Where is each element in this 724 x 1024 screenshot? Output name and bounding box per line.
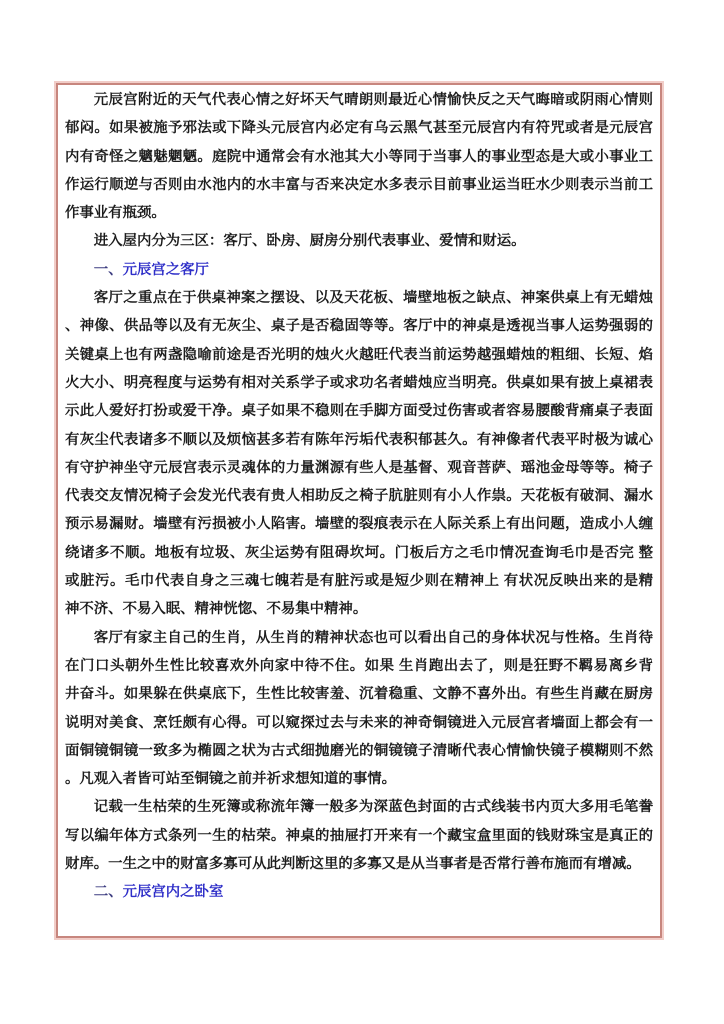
text-line: 说明对美食、烹饪颇有心得。可以窥探过去与未来的神奇铜镜进入元辰宫者墙面上都会有一 bbox=[65, 709, 653, 737]
heading-number: 一、 bbox=[94, 262, 123, 278]
text-line: 火大小、明亮程度与运势有相对关系学子或求功名者蜡烛应当明亮。供桌如果有披上桌裙表 bbox=[65, 369, 653, 397]
heading-title: 元辰宫内之卧室 bbox=[123, 884, 224, 900]
heading-title: 元辰宫之客厅 bbox=[123, 262, 209, 278]
text-line: 记载一生枯荣的生死簿或称流年簿一般多为深蓝色封面的古式线装书内页大多用毛笔誊 bbox=[65, 793, 653, 821]
paragraph: 客厅之重点在于供桌神案之摆设、以及天花板、墙壁地板之缺点、神案供桌上有无蜡烛、神… bbox=[65, 284, 653, 624]
text-line: 井奋斗。如果躲在供桌底下，生性比较害羞、沉着稳重、文静不喜外出。有些生肖藏在厨房 bbox=[65, 680, 653, 708]
text-line: 客厅之重点在于供桌神案之摆设、以及天花板、墙壁地板之缺点、神案供桌上有无蜡烛 bbox=[65, 284, 653, 312]
text-line: 预示易漏财。墙壁有污损被小人陷害。墙壁的裂痕表示在人际关系上有出问题，造成小人缠 bbox=[65, 510, 653, 538]
text-line: 内有奇怪之魑魅魍魉。庭院中通常会有水池其大小等同于当事人的事业型态是大或小事业工 bbox=[65, 143, 653, 171]
text-line: 写以编年体方式条列一生的枯荣。神桌的抽屉打开来有一个藏宝盒里面的钱财珠宝是真正的 bbox=[65, 822, 653, 850]
text-line: 示此人爱好打扮或爱干净。桌子如果不稳则在手脚方面受过伤害或者容易腰酸背痛桌子表面 bbox=[65, 397, 653, 425]
heading-number: 二、 bbox=[94, 884, 123, 900]
paragraph: 记载一生枯荣的生死簿或称流年簿一般多为深蓝色封面的古式线装书内页大多用毛笔誊写以… bbox=[65, 793, 653, 878]
text-line: 财库。一生之中的财富多寡可从此判断这里的多寡又是从当事者是否常行善布施而有增减。 bbox=[65, 850, 653, 878]
paragraph: 进入屋内分为三区：客厅、卧房、厨房分别代表事业、爱情和财运。 bbox=[65, 227, 653, 255]
section-heading: 二、元辰宫内之卧室 bbox=[65, 878, 653, 906]
text-line: 郁闷。如果被施予邪法或下降头元辰宫内必定有乌云黑气甚至元辰宫内有符咒或者是元辰宫 bbox=[65, 114, 653, 142]
text-line: 绕诸多不顺。地板有垃圾、灰尘运势有阻碍坎坷。门板后方之毛巾情况查询毛巾是否完 整 bbox=[65, 539, 653, 567]
text-line: 神不济、不易入眠、精神恍惚、不易集中精神。 bbox=[65, 595, 653, 623]
text-line: 元辰宫附近的天气代表心情之好坏天气晴朗则最近心情愉快反之天气晦暗或阴雨心情则 bbox=[65, 86, 653, 114]
text-line: 、神像、供品等以及有无灰尘、桌子是否稳固等等。客厅中的神桌是透视当事人运势强弱的 bbox=[65, 312, 653, 340]
text-line: 有守护神坐守元辰宫表示灵魂体的力量渊源有些人是基督、观音菩萨、瑶池金母等等。椅子 bbox=[65, 454, 653, 482]
text-line: 客厅有家主自己的生肖，从生肖的精神状态也可以看出自己的身体状况与性格。生肖待 bbox=[65, 624, 653, 652]
paragraph: 元辰宫附近的天气代表心情之好坏天气晴朗则最近心情愉快反之天气晦暗或阴雨心情则郁闷… bbox=[65, 86, 653, 227]
paragraph: 客厅有家主自己的生肖，从生肖的精神状态也可以看出自己的身体状况与性格。生肖待在门… bbox=[65, 624, 653, 794]
text-line: 或脏污。毛巾代表自身之三魂七魄若是有脏污或是短少则在精神上 有状况反映出来的是精 bbox=[65, 567, 653, 595]
page-border-frame: 元辰宫附近的天气代表心情之好坏天气晴朗则最近心情愉快反之天气晦暗或阴雨心情则郁闷… bbox=[56, 83, 662, 938]
text-line: 在门口头朝外生性比较喜欢外向家中待不住。如果 生肖跑出去了，则是狂野不羁易离乡背 bbox=[65, 652, 653, 680]
text-line: 进入屋内分为三区：客厅、卧房、厨房分别代表事业、爱情和财运。 bbox=[65, 227, 653, 255]
text-line: 。凡观入者皆可站至铜镜之前并祈求想知道的事情。 bbox=[65, 765, 653, 793]
section-heading: 一、元辰宫之客厅 bbox=[65, 256, 653, 284]
text-line: 关键桌上也有两盏隐喻前途是否光明的烛火火越旺代表当前运势越强蜡烛的粗细、长短、焰 bbox=[65, 341, 653, 369]
text-line: 作事业有瓶颈。 bbox=[65, 199, 653, 227]
text-line: 有灰尘代表诸多不顺以及烦恼甚多若有陈年污垢代表积郁甚久。有神像者代表平时极为诚心 bbox=[65, 426, 653, 454]
text-line: 作运行顺逆与否则由水池内的水丰富与否来决定水多表示目前事业运当旺水少则表示当前工 bbox=[65, 171, 653, 199]
text-line: 面铜镜铜镜一致多为椭圆之状为古式细抛磨光的铜镜镜子清晰代表心情愉快镜子模糊则不然 bbox=[65, 737, 653, 765]
text-line: 代表交友情况椅子会发光代表有贵人相助反之椅子肮脏则有小人作祟。天花板有破洞、漏水 bbox=[65, 482, 653, 510]
document-content: 元辰宫附近的天气代表心情之好坏天气晴朗则最近心情愉快反之天气晦暗或阴雨心情则郁闷… bbox=[58, 85, 660, 936]
